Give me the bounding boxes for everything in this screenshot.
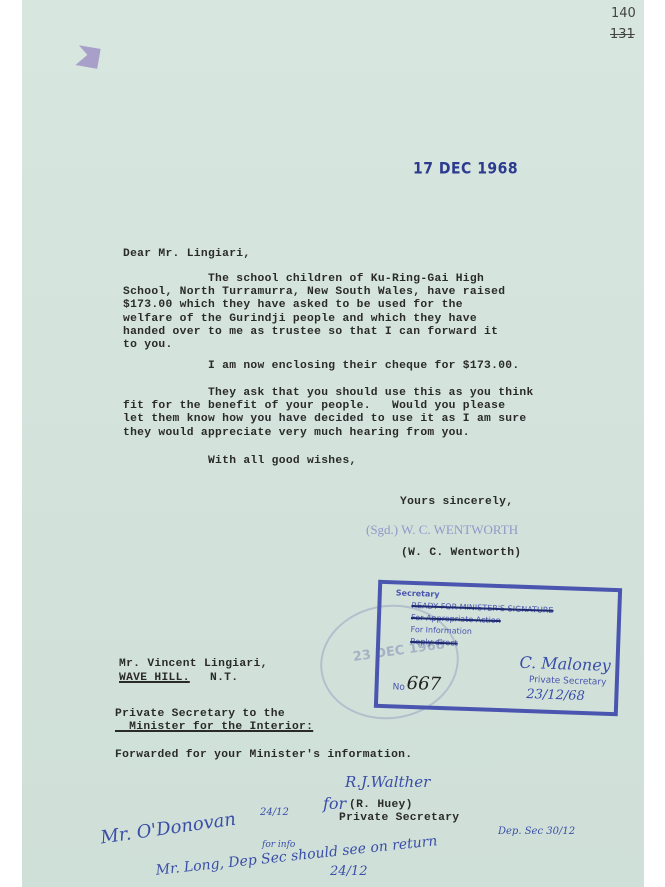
box-stamp-signature: C. Maloney — [519, 653, 611, 675]
folio-number: 140 — [611, 6, 636, 21]
paragraph-3: They ask that you should use this as you… — [123, 387, 534, 440]
box-stamp-line-2: For Appropriate Action — [411, 613, 501, 625]
annotation-line-2-note: for info — [262, 840, 295, 850]
folio-number-struck: 131 — [610, 27, 635, 42]
salutation: Dear Mr. Lingiari, — [123, 248, 250, 261]
secretary-box-stamp: Secretary READY FOR MINISTER'S SIGNATURE… — [374, 580, 622, 716]
addressee-name: Mr. Vincent Lingiari, — [119, 658, 268, 671]
forwarding-handwritten-signature: R.J.Walther — [345, 773, 430, 791]
box-stamp-line-4: Reply direct — [410, 637, 458, 648]
box-stamp-role: Private Secretary — [529, 675, 607, 688]
box-stamp-date: 23/12/68 — [526, 687, 585, 704]
typed-name: (W. C. Wentworth) — [401, 547, 521, 560]
annotation-initials-date: 24/12 — [330, 864, 367, 879]
signature-stamp: (Sgd.) W. C. WENTWORTH — [366, 522, 518, 538]
box-stamp-heading: Secretary — [396, 588, 440, 599]
annotation-right-note: Dep. Sec 30/12 — [498, 826, 575, 837]
forwarding-body: Forwarded for your Minister's informatio… — [115, 749, 412, 762]
paragraph-1: The school children of Ku-Ring-Gai High … — [123, 273, 505, 352]
paragraph-4: With all good wishes, — [123, 455, 357, 468]
forwarding-line-2: Minister for the Interior: — [115, 721, 313, 734]
closing: Yours sincerely, — [400, 496, 513, 509]
box-stamp-number: 667 — [406, 673, 441, 695]
addressee-place: WAVE HILL. — [119, 672, 190, 685]
paragraph-2: I am now enclosing their cheque for $173… — [123, 360, 519, 373]
forwarding-line-1: Private Secretary to the — [115, 708, 285, 721]
for-prefix: for — [323, 794, 346, 813]
annotation-line-1-date: 24/12 — [260, 807, 289, 818]
box-stamp-line-3: For Information — [410, 625, 472, 636]
forwarding-signatory: (R. Huey) — [349, 799, 413, 812]
box-stamp-number-label: No — [392, 682, 405, 692]
date-stamp: 17 DEC 1968 — [413, 160, 518, 178]
forwarding-title: Private Secretary — [339, 812, 459, 825]
addressee-territory: N.T. — [210, 672, 238, 685]
torn-paper-mark — [75, 45, 100, 69]
